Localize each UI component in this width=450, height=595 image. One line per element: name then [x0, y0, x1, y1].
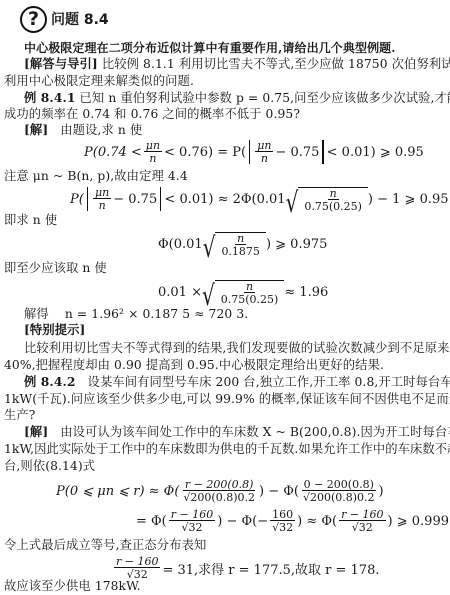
- example1-text-1: 已知 n 重伯努利试验中参数 p = 0.75,问至少应该做多少次试验,才能使试…: [80, 91, 450, 105]
- square-root: √n0.75(0.25): [286, 187, 368, 212]
- example2-note: 令上式最后成立等号,查正态分布表知: [4, 537, 446, 553]
- guide-label: [解答与导引]: [24, 56, 98, 71]
- equation-4: 0.01 × √n0.75(0.25) ≈ 1.96: [158, 276, 328, 308]
- example2-line-1: 例 8.4.2 设某车间有同型号车床 200 台,独立工作,开工率 0.8,开工…: [24, 374, 446, 390]
- equation-1: P(0.74 < μnn < 0.76) = P( μnn − 0.75 < 0…: [84, 137, 424, 167]
- problem-header: ? 问题 8.4: [20, 4, 109, 34]
- equation-2: P( μnn − 0.75 < 0.01) ≈ 2Φ(0.01 √n0.75(0…: [70, 184, 449, 214]
- step3-label: 即至少应该取 n 使: [4, 260, 446, 276]
- example1-solution-intro: [解] 由题设,求 n 使: [24, 122, 446, 138]
- example2-line-2: 1kW(千瓦).问应该至少供多少电,可以 99.9% 的概率,保证该车间不因供电…: [4, 391, 446, 407]
- problem-title: 问题 8.4: [51, 9, 109, 29]
- solution-label: [解]: [24, 122, 48, 137]
- example2-line-3: 生产?: [4, 407, 446, 423]
- example1-line-1: 例 8.4.1 已知 n 重伯努利试验中参数 p = 0.75,问至少应该做多少…: [24, 90, 446, 106]
- example2-solution-line-1: [解] 由设可认为该车间处工作中的车床数 X ~ B(200,0.8).因为开工…: [24, 424, 446, 440]
- tip-line-2: 40%,把握程度却由 0.90 提高到 0.95.中心极限定理给出更好的结果.: [4, 357, 446, 373]
- document-page: ? 问题 8.4 中心极限定理在二项分布近似计算中有重要作用,请给出几个典型例题…: [0, 0, 450, 595]
- example1-line-2: 成功的频率在 0.74 和 0.76 之间的概率不低于 0.95?: [4, 106, 446, 122]
- equation-5: P(0 ⩽ μn ⩽ r) ≈ Φ( r − 200(0.8)√200(0.8)…: [56, 474, 384, 508]
- equation-3: Φ(0.01 √n0.1875 ) ⩾ 0.975: [158, 228, 327, 260]
- step2-label: 即求 n 使: [4, 212, 446, 228]
- guide-line-1: [解答与导引] 比较例 8.1.1 利用切比雪夫不等式,至少应做 18750 次…: [24, 56, 446, 72]
- conclusion: 故应该至少供电 178kW.: [4, 578, 446, 594]
- example2-label: 例 8.4.2: [24, 374, 76, 389]
- equation-6: = Φ( r − 160√32 ) − Φ(− 160√32 ) ≈ Φ( r …: [136, 504, 449, 538]
- guide-text-1: 比较例 8.1.1 利用切比雪夫不等式,至少应做 18750 次伯努利试验.现在: [102, 57, 450, 71]
- question-circle-icon: ?: [20, 6, 47, 33]
- intro-text: 中心极限定理在二项分布近似计算中有重要作用,请给出几个典型例题.: [24, 40, 446, 56]
- example1-note: 注意 μn ~ B(n, p),故由定理 4.4: [4, 168, 446, 184]
- tip-label: [特别提示]: [24, 322, 446, 338]
- example2-solution-line-2: 1kW,因此实际处于工作中的车床数即为供电的千瓦数.如果允许工作中的车床数不超过…: [4, 441, 446, 457]
- tip-line-1: 比较利用切比雪夫不等式得到的结果,我们发现要做的试验次数减少到不足原来的: [24, 340, 446, 356]
- example1-label: 例 8.4.1: [24, 90, 76, 105]
- result-line: 解得 n = 1.96² × 0.187 5 ≈ 720 3.: [24, 306, 446, 322]
- guide-line-2: 利用中心极限定理来解类似的问题.: [4, 73, 446, 89]
- fraction: μnn: [144, 140, 162, 164]
- example2-solution-line-3: 台,则依(8.14)式: [4, 458, 446, 474]
